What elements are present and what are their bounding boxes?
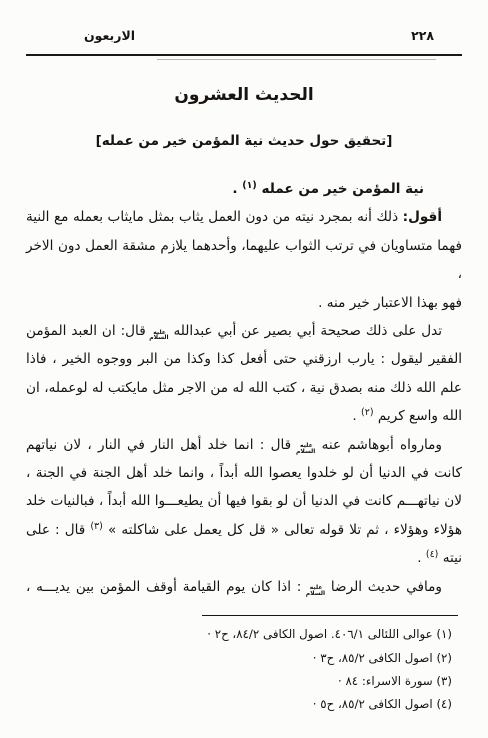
line-text: ذلك أنه بمجرد نيته من دون العمل يثاب بمث…	[26, 209, 403, 225]
body-line: الفقير ليقول : يارب ارزقني حتى أفعل كذا …	[26, 345, 462, 373]
line-text: نيته	[438, 550, 462, 566]
body-line: لان نياتهـــم كانت في الدنيا أن لو بقوا …	[26, 487, 462, 515]
line-text: ومارواه أبوهاشم عنه	[315, 437, 442, 453]
page-number: ٢٢٨	[411, 28, 434, 44]
chapter-title: الحديث العشرون	[26, 83, 462, 107]
body-line: نيته (٤) .	[26, 544, 462, 572]
running-book-title: الاربعون	[84, 28, 135, 44]
line-text: .	[352, 408, 361, 424]
body-line: هؤلاء وهؤلاء ، ثم تلا قوله تعالى « قل كل…	[26, 516, 462, 544]
body-line: أقول: ذلك أنه بمجرد نيته من دون العمل يث…	[26, 203, 462, 231]
footnote-divider	[202, 615, 458, 616]
line-text: ومافي حديث الرضا	[325, 579, 442, 595]
line-text: قال : انما خلد أهل النار في النار ، لان …	[26, 437, 297, 453]
line-text: نية المؤمن خير من عمله	[257, 181, 424, 197]
line-text: .	[232, 181, 242, 197]
line-text: تدل على ذلك صحيحة أبي بصير عن أبي عبدالل…	[169, 323, 442, 339]
honorific-alayhis-salam: عليه السلام	[297, 443, 315, 454]
lead-word-aqul: أقول:	[403, 209, 442, 225]
footnote: (١) عوالى اللئالى ٤٠٦/١. اصول الكافى ٨٤/…	[26, 623, 452, 646]
footnote: (٢) اصول الكافى ٨٥/٢، ح٣ ·	[26, 647, 452, 670]
body-text: نية المؤمن خير من عمله (١) . أقول: ذلك أ…	[26, 175, 462, 601]
honorific-alayhis-salam: عليه السلام	[151, 330, 169, 341]
line-text: كانت في الدنيا أن لو خلدوا يعصوا الله أب…	[26, 465, 462, 481]
book-page: ٢٢٨ الاربعون الحديث العشرون [تحقيق حول ح…	[0, 0, 488, 738]
line-text: هؤلاء وهؤلاء ، ثم تلا قوله تعالى « قل كل…	[103, 522, 462, 538]
header-rule-divider	[26, 54, 462, 56]
body-line: ومافي حديث الرضا عليه السلام : اذا كان ي…	[26, 573, 462, 601]
body-line: فهو بهذا الاعتبار خير منه .	[26, 289, 462, 317]
line-text: الفقير ليقول : يارب ارزقني حتى أفعل كذا …	[26, 351, 462, 367]
line-text: علم الله ذلك منه بصدق نية ، كتب الله له …	[26, 380, 462, 396]
line-text: .	[417, 550, 426, 566]
footnotes: (١) عوالى اللئالى ٤٠٦/١. اصول الكافى ٨٤/…	[26, 623, 462, 717]
body-line: علم الله ذلك منه بصدق نية ، كتب الله له …	[26, 374, 462, 402]
honorific-alayhis-salam: عليه السلام	[307, 585, 325, 596]
footnote: (٤) اصول الكافى ٨٥/٢، ح٥ ·	[26, 693, 452, 716]
page-header: ٢٢٨ الاربعون	[26, 28, 462, 44]
footnote-ref-1: (١)	[242, 180, 257, 191]
footnote-ref-4: (٤)	[426, 549, 439, 560]
footnote-ref-3: (٣)	[90, 521, 103, 532]
footnote-ref-2: (٢)	[361, 407, 374, 418]
line-text: قال : على	[26, 522, 90, 538]
section-subtitle: [تحقيق حول حديث نية المؤمن خير من عمله]	[26, 132, 462, 151]
line-text: لان نياتهـــم كانت في الدنيا أن لو بقوا …	[26, 493, 462, 509]
body-line: تدل على ذلك صحيحة أبي بصير عن أبي عبدالل…	[26, 317, 462, 345]
line-text: فهو بهذا الاعتبار خير منه .	[318, 295, 462, 311]
line-text: قال: ان العبد المؤمن	[26, 323, 151, 339]
body-line: كانت في الدنيا أن لو خلدوا يعصوا الله أب…	[26, 459, 462, 487]
hadith-quote-line: نية المؤمن خير من عمله (١) .	[26, 175, 462, 203]
footnote: (٣) سورة الاسراء: ٨٤ ·	[26, 670, 452, 693]
body-line: فهما متساويان في ترتب الثواب عليهما، وأح…	[26, 232, 462, 289]
body-line: ومارواه أبوهاشم عنه عليه السلام قال : ان…	[26, 431, 462, 459]
line-text: : اذا كان يوم القيامة أوقف المؤمن بين يد…	[26, 579, 307, 595]
body-line: الله واسع كريم (٢) .	[26, 402, 462, 430]
line-text: الله واسع كريم	[374, 408, 462, 424]
line-text: فهما متساويان في ترتب الثواب عليهما، وأح…	[26, 238, 462, 282]
